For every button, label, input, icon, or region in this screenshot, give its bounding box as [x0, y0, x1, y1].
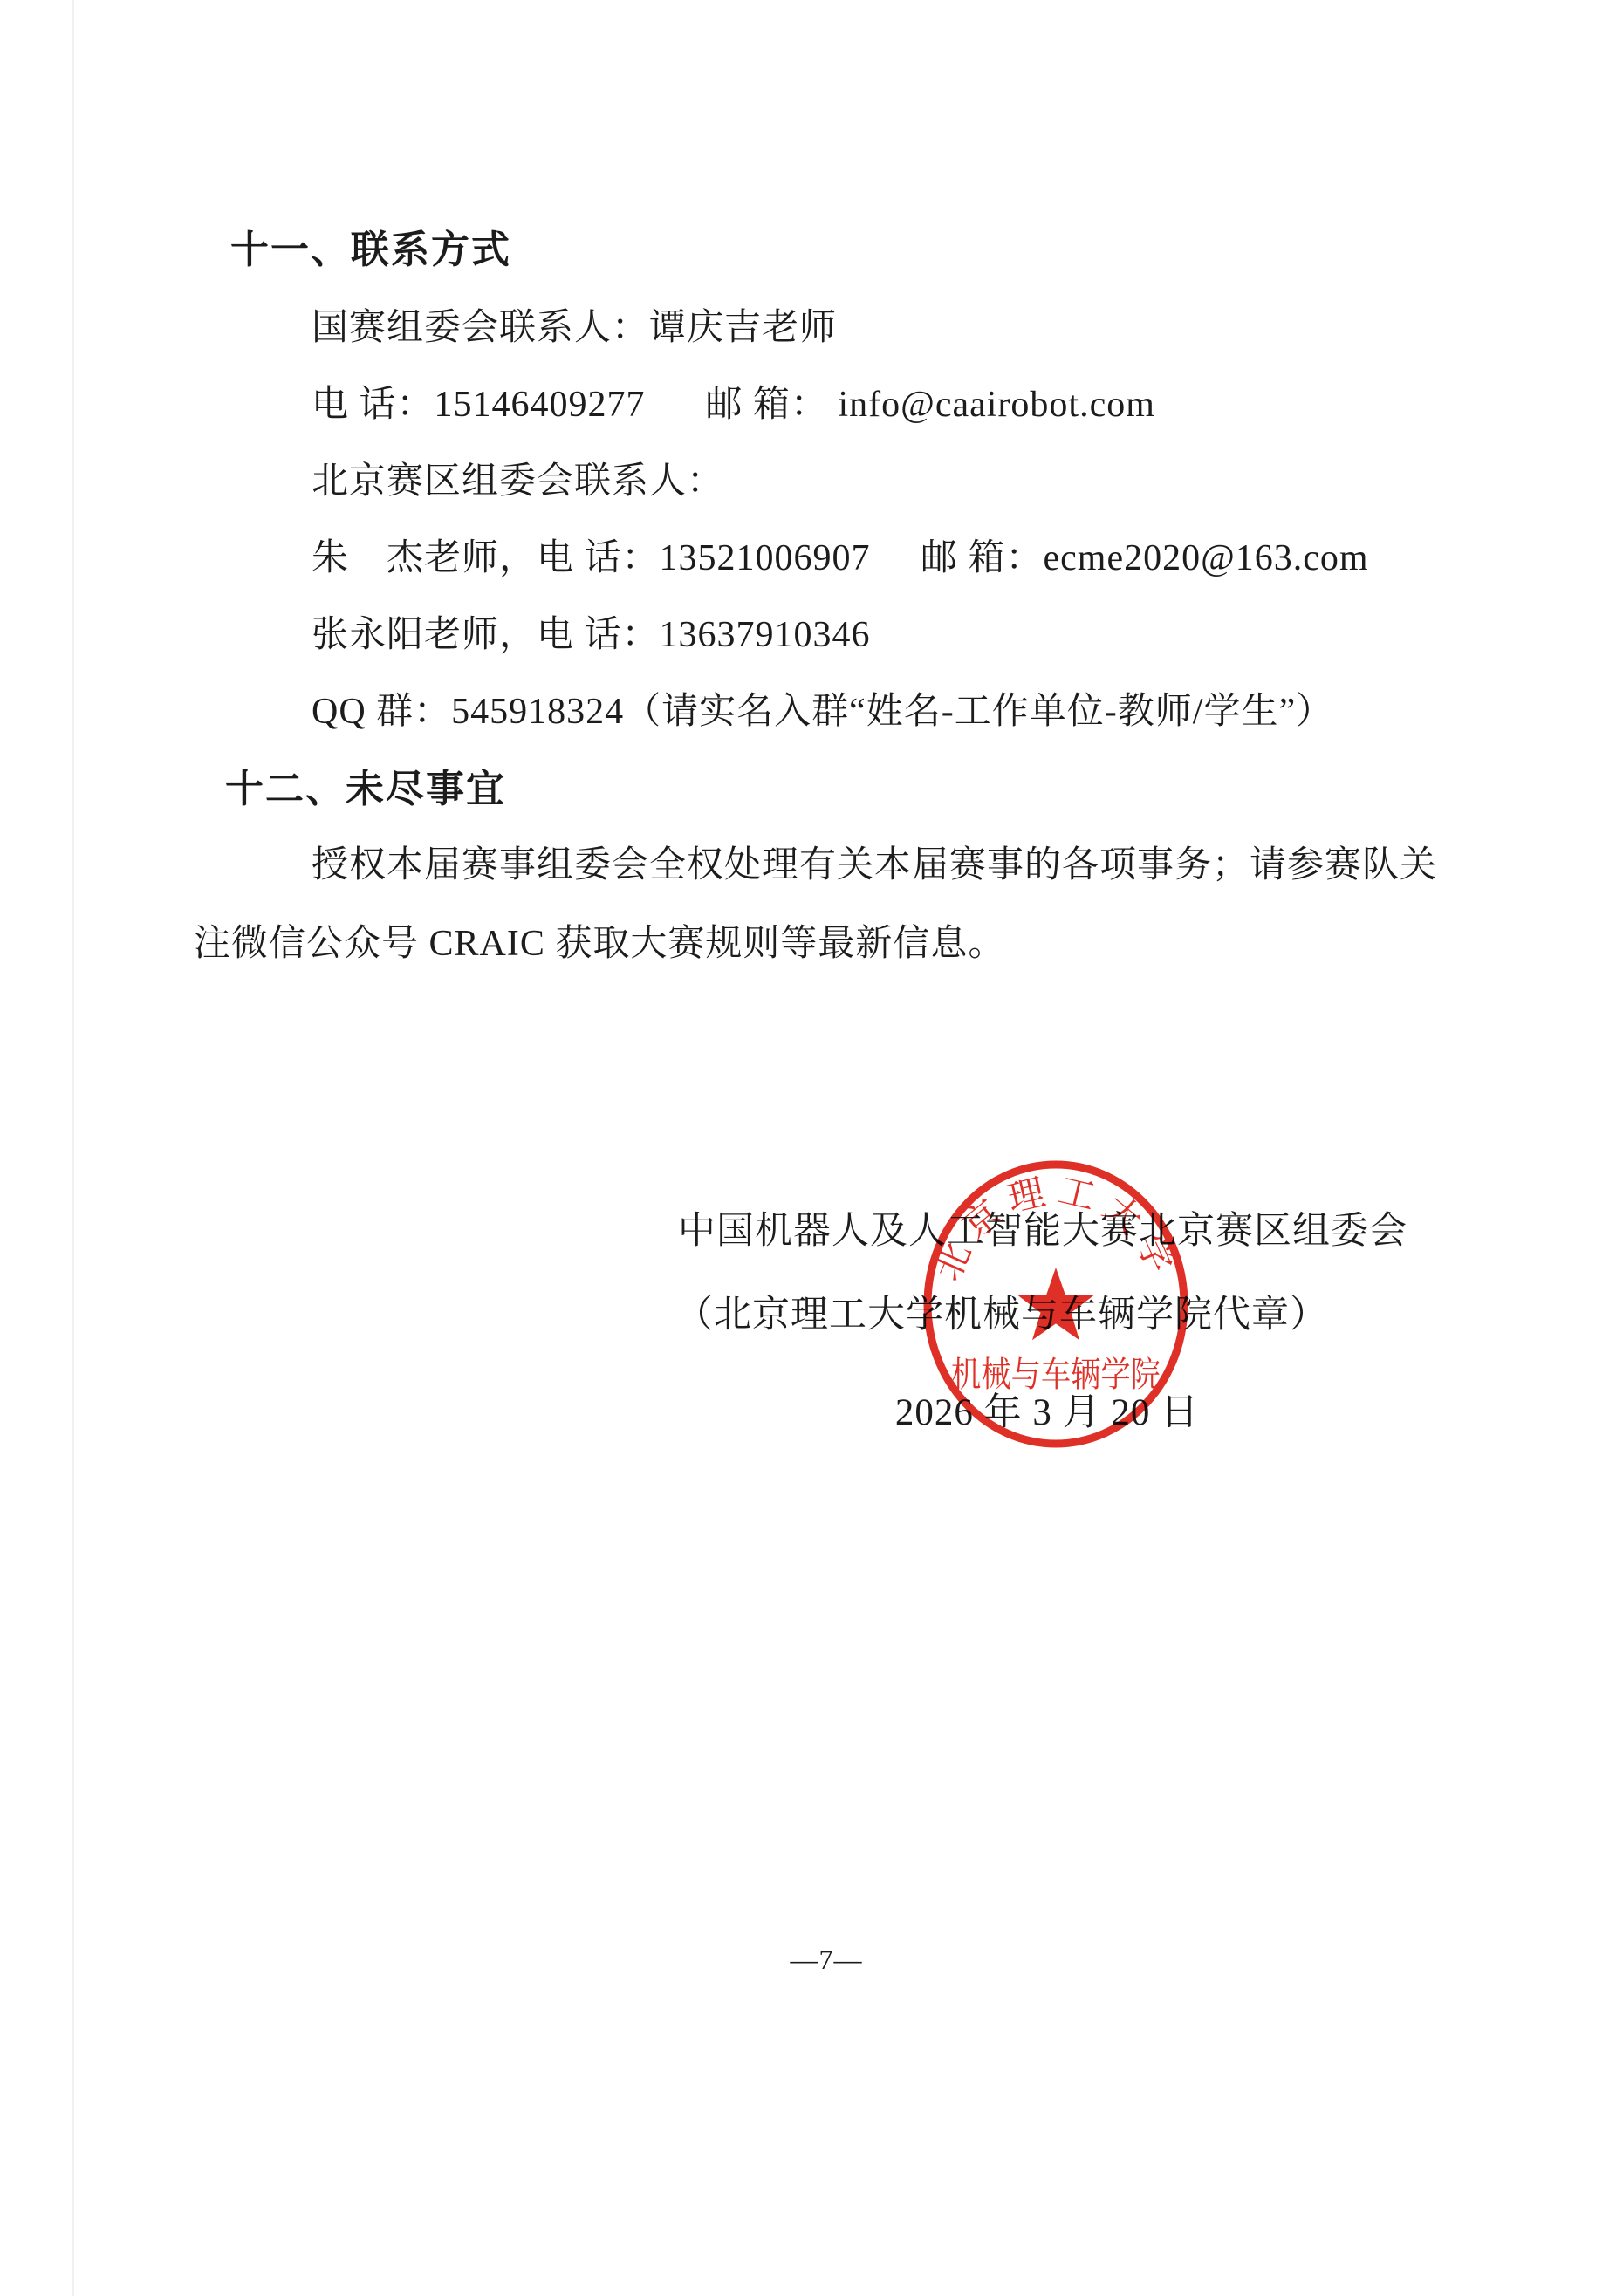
page-number: —7— — [791, 1944, 863, 1976]
scan-edge-artifact — [72, 0, 74, 2296]
beijing-contact-line: 北京赛区组委会联系人： — [312, 461, 724, 502]
national-contact-line: 国赛组委会联系人：谭庆吉老师 — [312, 307, 837, 349]
document-page: 十一、联系方式 国赛组委会联系人：谭庆吉老师 电 话：15146409277 邮… — [0, 0, 1623, 2296]
seal-bottom-text: 机械与车辆学院 — [951, 1355, 1161, 1394]
contact-zhang-yongyang-line: 张永阳老师，电 话：13637910346 — [312, 614, 871, 656]
qq-group-line: QQ 群：545918324（请实名入群“姓名-工作单位-教师/学生”） — [312, 691, 1333, 733]
national-phone-email-line: 电 话：15146409277 邮 箱： info@caairobot.com — [312, 384, 1155, 426]
section-12-heading: 十二、未尽事宜 — [225, 768, 506, 812]
closing-paragraph-line-1: 授权本届赛事组委会全权处理有关本届赛事的各项事务；请参赛队关 — [312, 844, 1437, 886]
closing-paragraph-line-2: 注微信公众号 CRAIC 获取大赛规则等最新信息。 — [194, 923, 1005, 965]
star-icon — [1017, 1268, 1093, 1340]
official-seal-stamp: 北京理工大学 机械与车辆学院 — [912, 1154, 1200, 1458]
contact-zhu-jie-line: 朱 杰老师，电 话：13521006907 邮 箱：ecme2020@163.c… — [312, 537, 1369, 579]
section-11-heading: 十一、联系方式 — [230, 229, 511, 273]
